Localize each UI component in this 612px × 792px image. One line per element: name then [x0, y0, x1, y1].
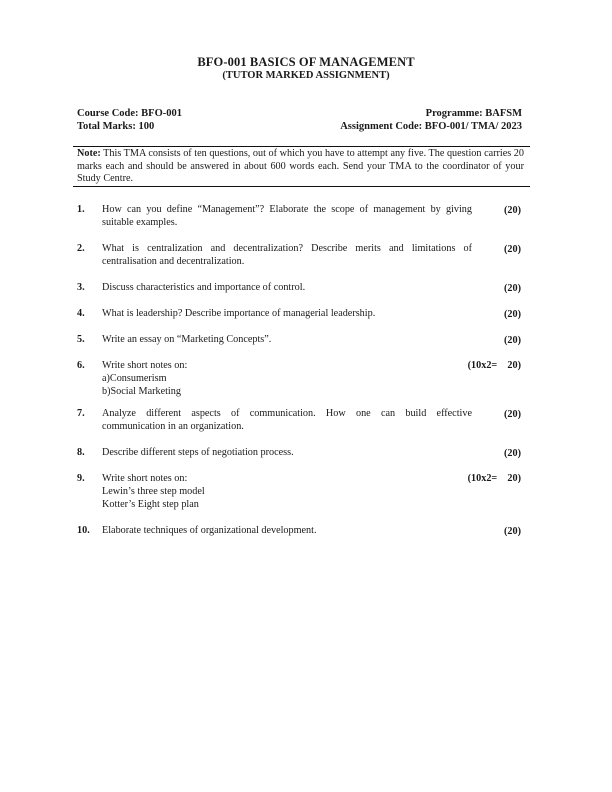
- question-number: 8.: [77, 447, 85, 460]
- question-number: 10.: [77, 525, 90, 538]
- question-number: 9.: [77, 473, 85, 486]
- sub-item-label: b): [102, 386, 111, 397]
- question-marks: (20): [504, 526, 521, 539]
- sub-item-text: Lewin’s three step model: [102, 486, 205, 497]
- note-top-rule: [73, 146, 530, 147]
- document-title: BFO-001 BASICS OF MANAGEMENT: [0, 55, 612, 70]
- sub-item-text: Consumerism: [110, 373, 167, 384]
- question-text-line: communication in an organization.: [102, 421, 472, 434]
- question-marks: (20): [504, 448, 521, 461]
- question-text-line: How can you define “Management”? Elabora…: [102, 204, 472, 217]
- question-text-line: Write short notes on:: [102, 360, 472, 373]
- question-marks: (20): [504, 309, 521, 322]
- sub-item-label: a): [102, 373, 110, 384]
- question-text-line: Describe different steps of negotiation …: [102, 447, 472, 460]
- document-subtitle: (TUTOR MARKED ASSIGNMENT): [0, 70, 612, 81]
- question-text-line: What is centralization and decentralizat…: [102, 243, 472, 256]
- question-text-line: centralisation and decentralization.: [102, 256, 472, 269]
- question-text-line: suitable examples.: [102, 217, 472, 230]
- question-number: 6.: [77, 360, 85, 373]
- question-marks: (20): [504, 335, 521, 348]
- note-block: Note: This TMA consists of ten questions…: [77, 148, 524, 186]
- assignment-page: BFO-001 BASICS OF MANAGEMENT (TUTOR MARK…: [0, 0, 612, 792]
- assignment-code: Assignment Code: BFO-001/ TMA/ 2023: [340, 121, 522, 132]
- note-text: This TMA consists of ten questions, out …: [77, 148, 524, 184]
- question-number: 1.: [77, 204, 85, 217]
- question-marks: (10x2= 20): [468, 360, 521, 373]
- question-number: 3.: [77, 282, 85, 295]
- programme: Programme: BAFSM: [426, 108, 522, 119]
- question-number: 2.: [77, 243, 85, 256]
- question-text-line: Write short notes on:: [102, 473, 472, 486]
- note-label: Note:: [77, 148, 101, 159]
- question-marks: (20): [504, 205, 521, 218]
- question-text-line: Discuss characteristics and importance o…: [102, 282, 472, 295]
- question-text-line: Elaborate techniques of organizational d…: [102, 525, 472, 538]
- question-text-line: Write an essay on “Marketing Concepts”.: [102, 334, 472, 347]
- sub-item-text: Kotter’s Eight step plan: [102, 499, 199, 510]
- course-code: Course Code: BFO-001: [77, 108, 182, 119]
- sub-item-text: Social Marketing: [111, 386, 181, 397]
- question-marks: (20): [504, 283, 521, 296]
- question-text-line: Analyze different aspects of communicati…: [102, 408, 472, 421]
- question-text-line: What is leadership? Describe importance …: [102, 308, 472, 321]
- question-number: 4.: [77, 308, 85, 321]
- question-number: 5.: [77, 334, 85, 347]
- sub-item-a: a)Consumerism: [102, 373, 472, 386]
- total-marks: Total Marks: 100: [77, 121, 154, 132]
- sub-item-2: Kotter’s Eight step plan: [102, 499, 472, 512]
- question-number: 7.: [77, 408, 85, 421]
- note-bottom-rule: [73, 186, 530, 187]
- question-marks: (20): [504, 244, 521, 257]
- sub-item-1: Lewin’s three step model: [102, 486, 472, 499]
- question-marks: (10x2= 20): [468, 473, 521, 486]
- sub-item-b: b)Social Marketing: [102, 386, 472, 399]
- question-marks: (20): [504, 409, 521, 422]
